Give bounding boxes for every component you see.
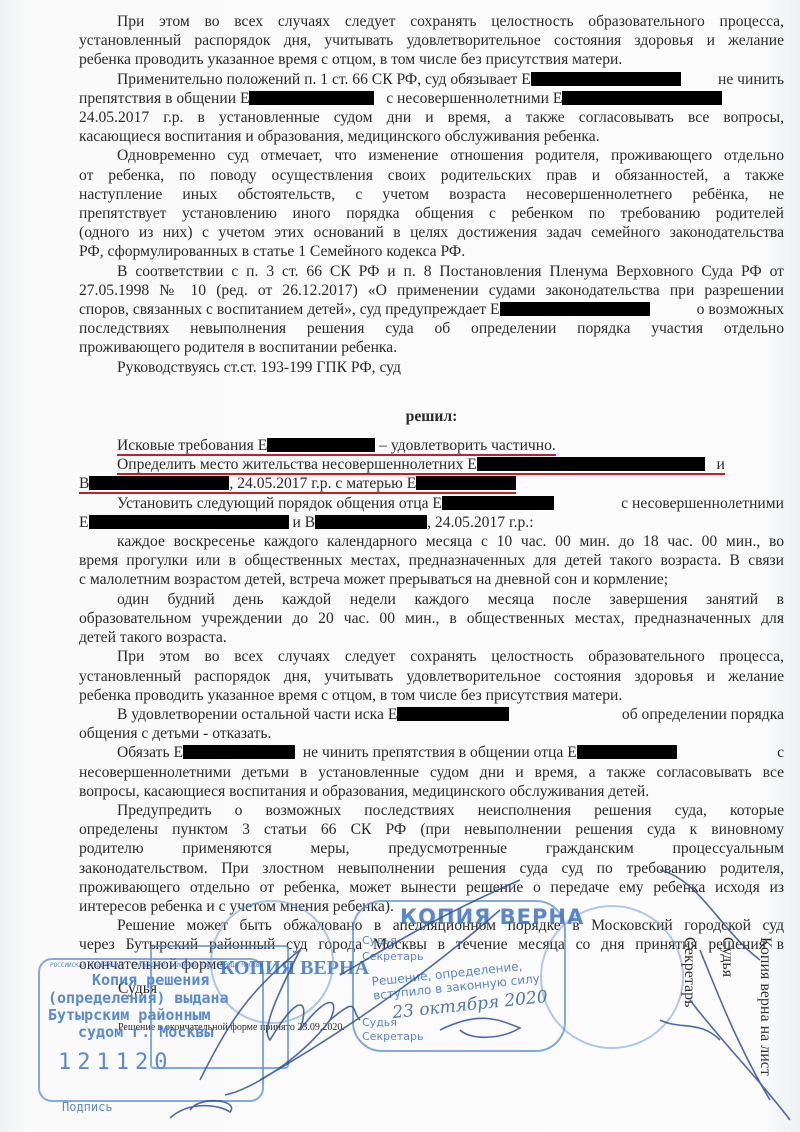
signatures <box>0 0 800 1132</box>
document-page: При этом во всех случаях следует сохраня… <box>0 0 800 1132</box>
